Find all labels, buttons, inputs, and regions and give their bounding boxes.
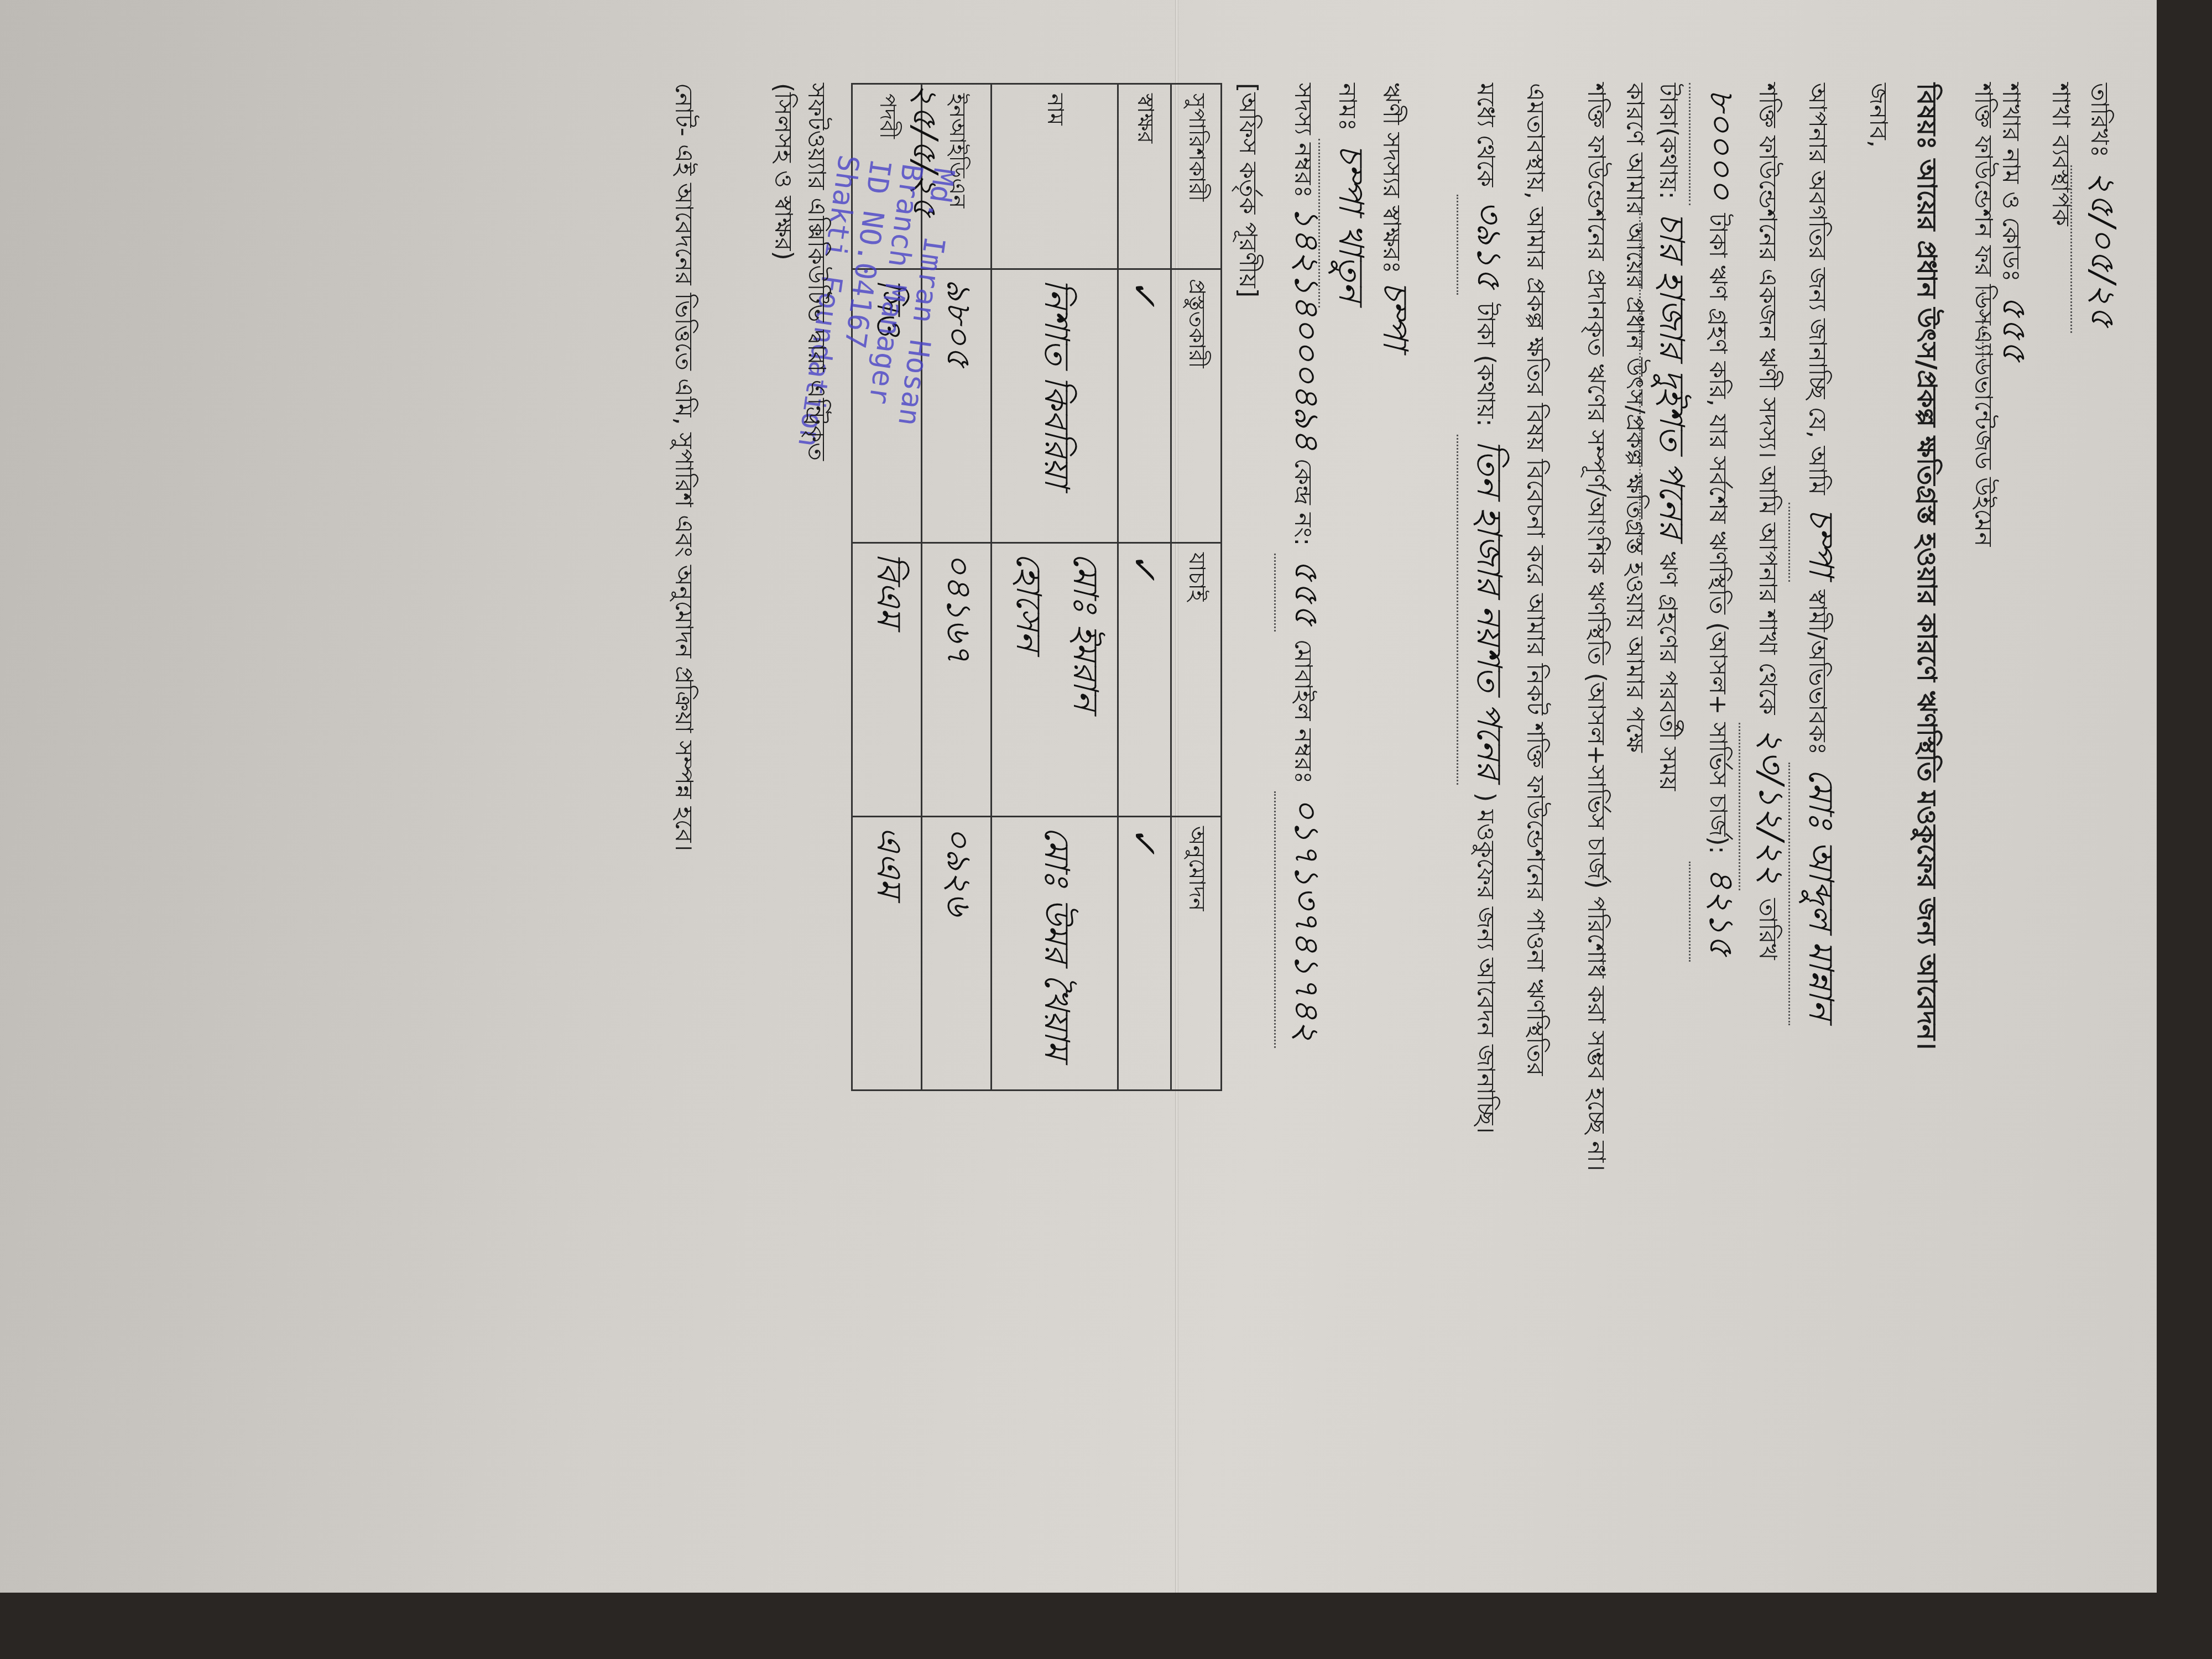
table-row: নাম নিশাত কিবরিয়া মোঃ ইমরান হোসেন মোঃ উ… (992, 84, 1118, 1091)
mobile-number: ০১৭১৩৭৪১৭৪২ (1274, 791, 1333, 1047)
member-ids-line: সদস্য নম্বরঃ ১৪২১৪০০০৪৯৪ কেন্দ্র নং: ৫৫৫… (1274, 83, 1333, 1048)
body-line-7: এমতাবস্থায়, আমার প্রকল্প ক্ষতির বিষয় ব… (1514, 83, 1554, 1076)
org-name: শক্তি ফাউন্ডেশন ফর ডিসএ্যাডভান্টেজড উইমে… (1961, 83, 2002, 547)
date-label: তারিখঃ (2085, 83, 2114, 158)
waiver-words: তিন হাজার নয়শত পনের (1457, 435, 1515, 785)
approver-line-2: (সিলসহ ও স্বাক্ষর) (761, 83, 802, 260)
center-number: ৫৫৫ (1274, 554, 1333, 632)
salutation: জনাব, (1856, 83, 1897, 148)
member-number: ১৪২১৪০০০৪৯৪ (1287, 206, 1327, 451)
body-line-8: মধ্যে থেকে ৩৯১৫ টাকা (কথায়: তিন হাজার ন… (1457, 83, 1515, 1134)
footer-note: নোট- এই আবেদনের ভিত্তিতে এমি, সুপারিশ এব… (662, 83, 702, 851)
waiver-amount: ৩৯১৫ (1457, 195, 1515, 295)
outstanding-amount: ৪২১৫ (1689, 862, 1747, 962)
member-signature: চম্পা (1375, 281, 1416, 349)
body-line-6: শক্তি ফাউন্ডেশনের প্রদানকৃত ঋণের সম্পূর্… (1574, 83, 1615, 1171)
subject: বিষয়ঃ আয়ের প্রধান উৎস/প্রকল্প ক্ষতিগ্র… (1903, 83, 1947, 1050)
addressee: শাখা ব্যবস্থাপক (2039, 83, 2079, 226)
document: তারিখঃ ২৫/০৫/২৫ শাখা ব্যবস্থাপক শাখার না… (276, 83, 2129, 1576)
office-heading: [অফিস কর্তৃক পূরণীয়] (1226, 83, 1266, 298)
table-row: স্বাক্ষর ✓ ✓ ✓ (1118, 84, 1171, 1091)
table-row: সুপারিশকারী প্রস্তুতকারী যাচাই অনুমোদন (1171, 84, 1222, 1091)
body-line-5: কারণে আমার আয়ের প্রধান উৎস/প্রকল্প ক্ষত… (1613, 83, 1653, 753)
